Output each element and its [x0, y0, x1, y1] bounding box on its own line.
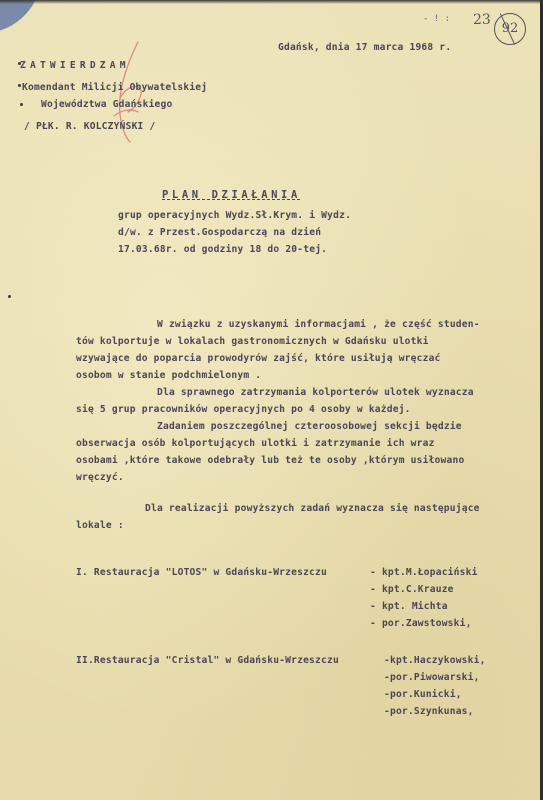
paragraph-4-line-1: Dla realizacji powyższych zadań wyznacza… — [145, 504, 480, 514]
paragraph-4-line-2: lokale : — [76, 521, 124, 531]
paragraph-3-line-4: wręczyć. — [76, 473, 124, 483]
paragraph-2-line-1: Dla sprawnego zatrzymania kolporterów ul… — [157, 388, 474, 398]
punch-mark — [18, 62, 21, 65]
location-1-officer-4: - por.Zawstowski, — [370, 619, 472, 629]
paragraph-1-line-2: tów kolportuje w lokalach gastronomiczny… — [76, 337, 429, 347]
punch-mark — [18, 84, 21, 87]
document-page: - ! : 23 92 Gdańsk, dnia 17 marca 1968 r… — [0, 0, 543, 800]
subtitle-line-3: 17.03.68r. od godziny 18 do 20-tej. — [118, 245, 327, 255]
paragraph-3-line-2: obserwacja osób kolportujących ulotki i … — [76, 439, 435, 449]
location-2-officer-1: -kpt.Haczykowski, — [384, 656, 486, 666]
subtitle-line-1: grup operacyjnych Wydz.Sł.Krym. i Wydz. — [118, 211, 351, 221]
location-1-label: I. Restauracja "LOTOS" w Gdańsku-Wrzeszc… — [76, 568, 327, 578]
punch-mark — [8, 295, 11, 298]
approval-heading: ZATWIERDZAM — [20, 61, 130, 71]
paragraph-1-line-1: W związku z uzyskanymi informacjami , że… — [157, 320, 480, 330]
paragraph-2-line-2: się 5 grup pracowników operacyjnych po 4… — [76, 405, 411, 415]
paragraph-1-line-3: wzywające do poparcia prowodyrów zajść, … — [76, 354, 441, 364]
approval-line-2: Województwa Gdańskiego — [41, 100, 172, 110]
location-2-officer-4: -por.Szynkunas, — [384, 707, 474, 717]
archive-marks: - ! : — [423, 14, 450, 24]
archive-page-number: 23 — [473, 12, 491, 28]
archive-stamp: 92 — [494, 13, 526, 45]
blue-corner-tab — [0, 0, 50, 35]
location-1-officer-1: - kpt.M.Łopaciński — [370, 568, 478, 578]
scan-top-edge — [0, 0, 543, 4]
approval-signatory: / PŁK. R. KOLCZYŃSKI / — [24, 122, 155, 132]
punch-mark — [20, 103, 23, 106]
location-2-officer-2: -por.Piwowarski, — [384, 673, 480, 683]
paragraph-1-line-4: osobom w stanie podchmielonym . — [76, 371, 261, 381]
location-1-officer-3: - kpt. Michta — [370, 602, 448, 612]
subtitle-line-2: d/w. z Przest.Gospodarczą na dzień — [118, 228, 321, 238]
location-2-label: II.Restauracja "Cristal" w Gdańsku-Wrzes… — [76, 656, 339, 666]
paragraph-3-line-1: Zadaniem poszczególnej czteroosobowej se… — [157, 422, 462, 432]
paragraph-3-line-3: osobami ,które takowe odebrały lub też t… — [76, 456, 464, 466]
place-date: Gdańsk, dnia 17 marca 1968 r. — [278, 43, 451, 53]
approval-line-1: Komendant Milicji Obywatelskiej — [22, 83, 207, 93]
location-2-officer-3: -por.Kunicki, — [384, 690, 462, 700]
location-1-officer-2: - kpt.C.Krauze — [370, 585, 454, 595]
document-title: PLAN DZIAŁANIA — [162, 190, 301, 201]
